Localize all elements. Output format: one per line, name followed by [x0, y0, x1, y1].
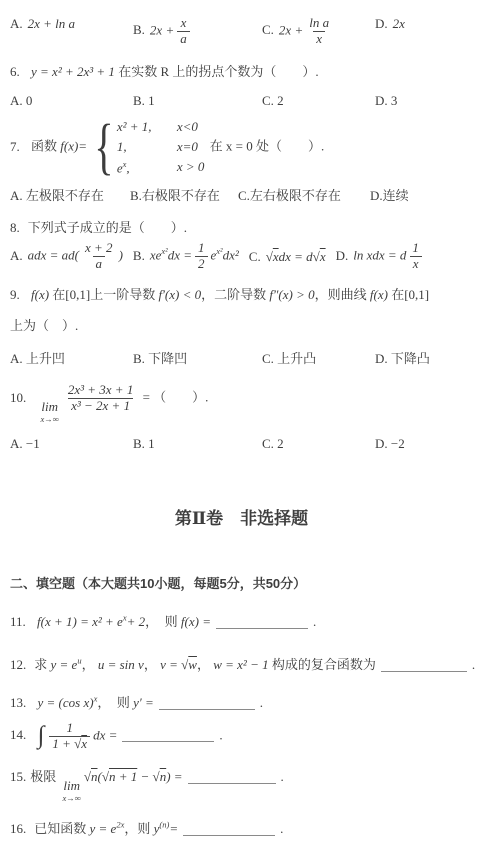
q15-period: .	[281, 769, 284, 784]
question-8-number: 8.	[10, 220, 20, 235]
question-10-tail: = （ ）.	[143, 390, 209, 405]
option-a-formula: 2x + ln a	[28, 16, 75, 31]
q8-option-a: A.adx = ad(x + 2a)	[10, 241, 123, 272]
q5-option-c: C.2x +ln ax	[262, 16, 375, 47]
q6-option-c: C. 2	[262, 93, 375, 109]
question-7-number: 7.	[10, 139, 20, 154]
option-a-label: A.	[10, 16, 23, 31]
q6-option-a: A. 0	[10, 93, 133, 109]
q16-formula: y = e2x	[90, 821, 125, 836]
option-c-label: C.	[262, 22, 274, 37]
q14-period: .	[219, 727, 222, 742]
option-a-label: A.	[10, 248, 23, 263]
fraction-numerator: x	[178, 16, 190, 31]
q5-option-b: B.2x +xa	[133, 16, 262, 47]
q14-answer-blank	[122, 728, 214, 742]
section2-title: 二、填空题（本大题共10小题，每题5分，共50分）	[10, 573, 473, 592]
q12-period: .	[472, 657, 475, 672]
fraction-denominator: x	[410, 256, 422, 272]
option-c-middle: dx = d	[279, 249, 313, 264]
q16-base: y = e	[90, 821, 117, 836]
fraction-numerator: x + 2	[82, 241, 116, 256]
option-a-formula: adx = ad(	[28, 248, 79, 263]
q10-option-c: C. 2	[262, 436, 375, 452]
q7-option-d: D.连续	[370, 185, 473, 204]
left-brace-glyph: {	[94, 121, 113, 174]
fraction: x + 2a	[82, 241, 116, 272]
q7-option-c: C.左右极限不存在	[238, 185, 370, 204]
radicand: x	[81, 736, 87, 751]
q13-base: y = (cos x)	[38, 695, 94, 710]
limit-word: lim	[41, 400, 58, 413]
q15-minus: −	[141, 769, 150, 784]
q15-prefix: 极限	[30, 769, 56, 784]
fraction: xa	[177, 16, 190, 47]
question-6-text: 在实数 R 上的拐点个数为（ ）.	[118, 64, 318, 79]
case-3-condition: x > 0	[177, 159, 205, 176]
q13-period: .	[260, 695, 263, 710]
question-9-line1: 9. f(x) 在[0,1]上一阶导数 f′(x) < 0，二阶导数 f″(x)…	[10, 284, 473, 303]
q16-y-nth: y(n)=	[154, 821, 178, 836]
q7-option-b: B.右极限不存在	[130, 185, 238, 204]
q6-option-d: D. 3	[375, 93, 473, 109]
q16-answer-blank	[183, 822, 275, 836]
question-9-line2: 上为（ ）.	[10, 315, 473, 334]
question-12-number: 12.	[10, 657, 26, 672]
option-b-formula: 2x +	[150, 22, 174, 37]
integral-glyph: ∫	[38, 722, 45, 749]
q6-option-b: B. 1	[133, 93, 262, 109]
option-d-formula: 2x	[393, 16, 405, 31]
fraction: 12	[195, 241, 208, 272]
fraction: ln ax	[306, 16, 332, 47]
question-10: 10. limx→∞2x³ + 3x + 1x³ − 2x + 1 = （ ）.	[10, 383, 473, 423]
q9-first-derivative: f′(x) < 0	[158, 287, 201, 302]
question-6-number: 6.	[10, 64, 20, 79]
fraction: 1x	[409, 241, 422, 272]
q5-options-row: A.2x + ln a B.2x +xa C.2x +ln ax D.2x	[10, 16, 473, 47]
q12-y-base: y = e	[51, 657, 78, 672]
q7-option-a: A. 左极限不存在	[10, 185, 130, 204]
q16-prefix: 已知函数	[34, 821, 86, 836]
radical-glyph: √	[84, 769, 91, 784]
q16-equals: =	[169, 821, 178, 836]
case-2-condition: x=0	[177, 139, 205, 155]
q16-period: .	[280, 821, 283, 836]
fraction-denominator: x³ − 2x + 1	[68, 398, 133, 414]
question-12: 12.求 y = eu， u = sin v， v = √w， w = x² −…	[10, 654, 473, 673]
fraction: 2x³ + 3x + 1x³ − 2x + 1	[65, 383, 136, 414]
q15-close-paren-equals: ) =	[166, 769, 182, 784]
q12-answer-blank	[381, 658, 467, 672]
q10-option-d: D. −2	[375, 436, 473, 452]
q9-text2: ，二阶导数	[201, 287, 266, 302]
q9-text1: 在[0,1]上一阶导数	[52, 287, 155, 302]
option-b-term3: dx²	[223, 248, 239, 263]
limit-subscript: x→∞	[63, 794, 81, 803]
q9-option-a: A. 上升凹	[10, 348, 133, 367]
q9-text4: 在[0,1]	[391, 287, 429, 302]
fraction-numerator: 1	[409, 241, 422, 256]
option-d-formula: ln xdx = d	[353, 248, 406, 263]
q9-option-d: D. 下降凸	[375, 348, 473, 367]
q12-u-formula: u = sin v	[98, 657, 144, 672]
q12-prefix: 求	[34, 657, 47, 672]
denominator-text: 1 + √	[52, 736, 81, 751]
option-c-formula: 2x +	[279, 22, 303, 37]
question-7-prefix: 函数	[31, 139, 57, 154]
question-15-number: 15.	[10, 769, 26, 784]
fraction-denominator: 2	[195, 256, 208, 272]
q12-y-formula: y = eu	[51, 657, 82, 672]
option-c-label: C.	[249, 249, 261, 264]
option-b-equals: dx =	[168, 248, 192, 263]
radicand: w	[188, 657, 197, 672]
question-10-number: 10.	[10, 390, 26, 405]
limit-word: lim	[63, 779, 80, 792]
q11-base: f(x + 1) = x² + e	[37, 614, 123, 629]
question-15: 15.极限 limx→∞√n(√n + 1 − √n) =.	[10, 766, 473, 803]
fraction-numerator: 1	[63, 721, 76, 736]
q12-comma3: ，	[197, 657, 210, 672]
q14-dx-equals: dx =	[93, 727, 117, 742]
case-2-expression: 1,	[117, 139, 177, 155]
q5-option-a: A.2x + ln a	[10, 16, 133, 47]
limit-block: limx→∞	[63, 779, 81, 803]
case-3-comma: ,	[126, 160, 129, 175]
q13-formula: y = (cos x)x	[38, 695, 98, 710]
option-b-label: B.	[133, 22, 145, 37]
q13-y-prime-equals: y′ =	[133, 695, 154, 710]
fraction-numerator: 1	[195, 241, 208, 256]
fraction-denominator: 1 + √x	[49, 736, 90, 752]
fraction-denominator: a	[93, 256, 106, 272]
q8-options-row: A.adx = ad(x + 2a) B.xex²dx =12ex²dx² C.…	[10, 241, 473, 272]
option-a-close-paren: )	[119, 248, 123, 263]
q11-middle-text: ， 则	[145, 614, 178, 629]
q16-nth-superscript: (n)	[159, 820, 169, 830]
q11-plus2: + 2	[127, 614, 146, 629]
q12-v-formula: v =	[160, 657, 178, 672]
q5-option-d: D.2x	[375, 16, 473, 47]
q13-middle-text: ， 则	[97, 695, 130, 710]
fraction-numerator: ln a	[306, 16, 332, 31]
fraction-denominator: a	[177, 31, 190, 47]
question-8: 8.下列式子成立的是（ ）.	[10, 217, 473, 236]
question-14: 14. ∫11 + √xdx =.	[10, 721, 473, 752]
q9-second-derivative: f″(x) > 0	[269, 287, 314, 302]
radical-glyph: √	[313, 249, 320, 264]
question-6-formula: y = x² + 2x³ + 1	[31, 64, 115, 79]
q15-answer-blank	[188, 770, 276, 784]
q6-options-row: A. 0 B. 1 C. 2 D. 3	[10, 93, 473, 109]
radicand: n + 1	[109, 769, 137, 784]
question-7-text: 在 x = 0 处（ ）.	[210, 139, 325, 154]
q12-w-formula: w = x² − 1	[213, 657, 268, 672]
q9-options-row: A. 上升凹 B. 下降凹 C. 上升凸 D. 下降凸	[10, 348, 473, 367]
case-1-expression: x² + 1,	[117, 119, 177, 135]
option-d-label: D.	[375, 16, 388, 31]
q11-fx-equals: f(x) =	[181, 614, 211, 629]
limit-subscript: x→∞	[41, 415, 59, 424]
fraction-numerator: 2x³ + 3x + 1	[65, 383, 136, 398]
question-13: 13. y = (cos x)x， 则 y′ =.	[10, 692, 473, 711]
q8-option-c: C.√xdx = d√x	[249, 249, 326, 265]
question-11: 11. f(x + 1) = x² + ex+ 2， 则 f(x) =.	[10, 611, 473, 630]
question-7: 7. 函数 f(x)={x² + 1,x<01,x=0ex,x > 0 在 x …	[10, 119, 473, 176]
q13-answer-blank	[159, 696, 255, 710]
option-d-label: D.	[336, 248, 349, 263]
question-13-number: 13.	[10, 695, 26, 710]
q10-option-b: B. 1	[133, 436, 262, 452]
fraction: 11 + √x	[49, 721, 90, 752]
case-3-expression: ex,	[117, 159, 177, 176]
question-8-text: 下列式子成立的是（ ）.	[28, 220, 187, 235]
question-16: 16.已知函数 y = e2x，则 y(n)=.	[10, 818, 473, 837]
q12-tail-text: 构成的复合函数为	[272, 657, 376, 672]
q11-period: .	[313, 614, 316, 629]
q10-option-a: A. −1	[10, 436, 133, 452]
exam-document-page: A.2x + ln a B.2x +xa C.2x +ln ax D.2x 6.…	[0, 0, 481, 841]
question-6: 6. y = x² + 2x³ + 1 在实数 R 上的拐点个数为（ ）.	[10, 61, 473, 80]
q12-comma2: ，	[144, 657, 157, 672]
q11-formula1: f(x + 1) = x² + ex+ 2	[37, 614, 145, 629]
q12-comma1: ，	[82, 657, 95, 672]
question-14-number: 14.	[10, 727, 26, 742]
q7-options-row: A. 左极限不存在 B.右极限不存在 C.左右极限不存在 D.连续	[10, 185, 473, 204]
part2-header: 第Ⅱ卷 非选择题	[10, 504, 473, 529]
q8-option-d: D.ln xdx = d1x	[336, 241, 425, 272]
radicand: x	[320, 249, 326, 264]
q9-option-c: C. 上升凸	[262, 348, 375, 367]
radical-glyph: √	[266, 249, 273, 264]
q10-options-row: A. −1 B. 1 C. 2 D. −2	[10, 436, 473, 452]
limit-block: limx→∞	[41, 400, 59, 424]
q8-option-b: B.xex²dx =12ex²dx²	[133, 241, 239, 272]
q9-text3: ，则曲线	[315, 287, 367, 302]
q11-answer-blank	[216, 615, 308, 629]
question-11-number: 11.	[10, 614, 26, 629]
q9-option-b: B. 下降凹	[133, 348, 262, 367]
option-b-label: B.	[133, 248, 145, 263]
case-1-condition: x<0	[177, 119, 205, 135]
question-9-number: 9.	[10, 287, 20, 302]
radical-glyph: √	[102, 769, 109, 784]
question-7-function: f(x)=	[60, 139, 87, 154]
fraction-denominator: x	[313, 31, 325, 47]
piecewise-cases: {x² + 1,x<01,x=0ex,x > 0	[89, 119, 204, 176]
piecewise-rows: x² + 1,x<01,x=0ex,x > 0	[117, 119, 205, 176]
question-16-number: 16.	[10, 821, 26, 836]
radical-glyph: √	[153, 769, 160, 784]
q9-fx: f(x)	[31, 287, 49, 302]
option-b-term1: xe	[150, 248, 162, 263]
q16-middle-text: ，则	[124, 821, 150, 836]
q9-fx2: f(x)	[370, 287, 388, 302]
